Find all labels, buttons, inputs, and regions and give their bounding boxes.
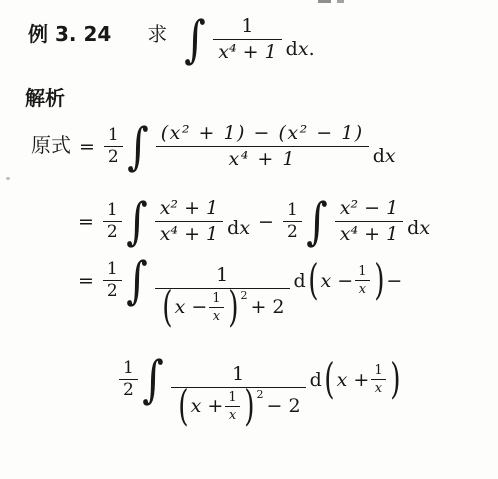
- inner-numerator: 1: [371, 364, 385, 380]
- trailing-minus: −: [386, 270, 402, 292]
- open-paren: (: [162, 292, 172, 324]
- differential-var: x: [239, 217, 250, 239]
- coef-numerator: 1: [103, 202, 122, 222]
- solution-step-1: 原式 = 1 2 ∫ (x² + 1) − (x² − 1) x⁴ + 1 dx: [25, 124, 396, 169]
- coef-denominator: 2: [104, 147, 123, 166]
- coefficient-half: 1 2: [103, 202, 122, 241]
- fraction-denominator: ( x − 1 x ) 2 + 2: [160, 292, 285, 323]
- differential-d: d: [407, 217, 419, 239]
- arg-term: x +: [337, 369, 370, 391]
- integrand-fraction: x² − 1 x⁴ + 1: [335, 199, 403, 244]
- den-constant: + 2: [250, 298, 284, 317]
- close-paren: ): [228, 292, 238, 324]
- fraction-numerator: x² + 1: [155, 199, 223, 222]
- integral-icon: ∫: [126, 201, 148, 241]
- close-paren: ): [244, 391, 254, 423]
- inner-fraction: 1 x: [371, 364, 385, 395]
- integrand-fraction: 1 ( x + 1 x ) 2 − 2: [171, 365, 306, 422]
- inner-denominator: x: [225, 407, 239, 422]
- analysis-label: 解析: [25, 82, 65, 111]
- solution-step-2: = 1 2 ∫ x² + 1 x⁴ + 1 dx − 1 2 ∫ x² − 1 …: [78, 199, 430, 244]
- coefficient-half: 1 2: [119, 360, 138, 399]
- scan-artifact: [337, 0, 344, 3]
- inner-denominator: x: [371, 380, 385, 395]
- inner-denominator: x: [355, 281, 369, 296]
- integral-icon: ∫: [142, 359, 164, 399]
- inner-denominator: x: [209, 308, 223, 323]
- fraction-denominator: x⁴ + 1: [213, 40, 281, 62]
- inner-numerator: 1: [225, 391, 239, 407]
- differential-d: d: [286, 38, 298, 60]
- integral-icon: ∫: [306, 201, 328, 241]
- fraction-denominator: x⁴ + 1: [156, 147, 369, 169]
- scan-artifact: [6, 177, 10, 180]
- integrand-fraction: (x² + 1) − (x² − 1) x⁴ + 1: [156, 124, 369, 169]
- period: .: [309, 38, 315, 60]
- equals-sign: =: [78, 211, 94, 233]
- inner-fraction: 1 x: [209, 292, 223, 323]
- ask-verb: 求: [147, 18, 167, 47]
- integrand-fraction: x² + 1 x⁴ + 1: [155, 199, 223, 244]
- differential-d: d: [294, 270, 306, 292]
- differential-d: d: [310, 369, 322, 391]
- differential-d: d: [373, 145, 385, 167]
- coef-numerator: 1: [283, 202, 302, 222]
- fraction-denominator: x⁴ + 1: [155, 222, 223, 244]
- close-paren: ): [390, 364, 400, 396]
- coef-denominator: 2: [103, 222, 122, 241]
- exponent: 2: [240, 290, 247, 301]
- open-paren: (: [324, 364, 334, 396]
- differential-d: d: [227, 217, 239, 239]
- inner-fraction: 1 x: [355, 265, 369, 296]
- lhs-label: 原式: [31, 129, 71, 158]
- differential-group: d ( x + 1 x ): [308, 364, 403, 395]
- fraction-numerator: 1: [213, 17, 281, 40]
- coef-numerator: 1: [104, 127, 123, 147]
- den-term: x −: [175, 298, 208, 317]
- integrand-fraction: 1 ( x − 1 x ) 2 + 2: [155, 266, 290, 323]
- inner-numerator: 1: [355, 265, 369, 281]
- integral-icon: ∫: [126, 260, 148, 300]
- den-term: x +: [191, 397, 224, 416]
- fraction-numerator: x² − 1: [335, 199, 403, 222]
- equals-sign: =: [79, 136, 95, 158]
- differential-var: x: [298, 38, 309, 60]
- scan-artifact: [318, 0, 331, 3]
- den-constant: − 2: [267, 397, 301, 416]
- integrand-fraction: 1 x⁴ + 1: [213, 17, 281, 62]
- coef-numerator: 1: [103, 261, 122, 281]
- differential-var: x: [419, 217, 430, 239]
- analysis-heading: 解析: [25, 82, 65, 111]
- fraction-denominator: x⁴ + 1: [335, 222, 403, 244]
- exponent: 2: [257, 389, 264, 400]
- open-paren: (: [178, 391, 188, 423]
- fraction-numerator: (x² + 1) − (x² − 1): [156, 124, 369, 147]
- coefficient-half: 1 2: [103, 261, 122, 300]
- arg-term: x −: [321, 270, 354, 292]
- solution-step-3: = 1 2 ∫ 1 ( x − 1 x ) 2 + 2: [78, 252, 402, 309]
- problem-statement: 例 3. 24 求 ∫ 1 x⁴ + 1 dx.: [28, 17, 315, 62]
- textbook-page: 例 3. 24 求 ∫ 1 x⁴ + 1 dx. 解析 原式 = 1 2 ∫ (…: [0, 0, 498, 479]
- differential-var: x: [385, 145, 396, 167]
- coef-denominator: 2: [119, 380, 138, 399]
- open-paren: (: [308, 265, 318, 297]
- integral-icon: ∫: [127, 126, 149, 166]
- integral-icon: ∫: [184, 19, 206, 59]
- minus-sign: −: [258, 211, 274, 233]
- coefficient-half: 1 2: [283, 202, 302, 241]
- coef-denominator: 2: [103, 281, 122, 300]
- coef-numerator: 1: [119, 360, 138, 380]
- equals-sign: =: [78, 270, 94, 292]
- fraction-numerator: 1: [155, 266, 290, 289]
- fraction-denominator: ( x + 1 x ) 2 − 2: [176, 391, 301, 422]
- example-label: 例 3. 24: [28, 18, 111, 47]
- inner-numerator: 1: [209, 292, 223, 308]
- close-paren: ): [374, 265, 384, 297]
- coef-denominator: 2: [283, 222, 302, 241]
- differential-group: d ( x − 1 x ): [292, 265, 387, 296]
- fraction-numerator: 1: [171, 365, 306, 388]
- solution-step-4: 1 2 ∫ 1 ( x + 1 x ) 2 − 2 d: [118, 351, 402, 408]
- inner-fraction: 1 x: [225, 391, 239, 422]
- coefficient-half: 1 2: [104, 127, 123, 166]
